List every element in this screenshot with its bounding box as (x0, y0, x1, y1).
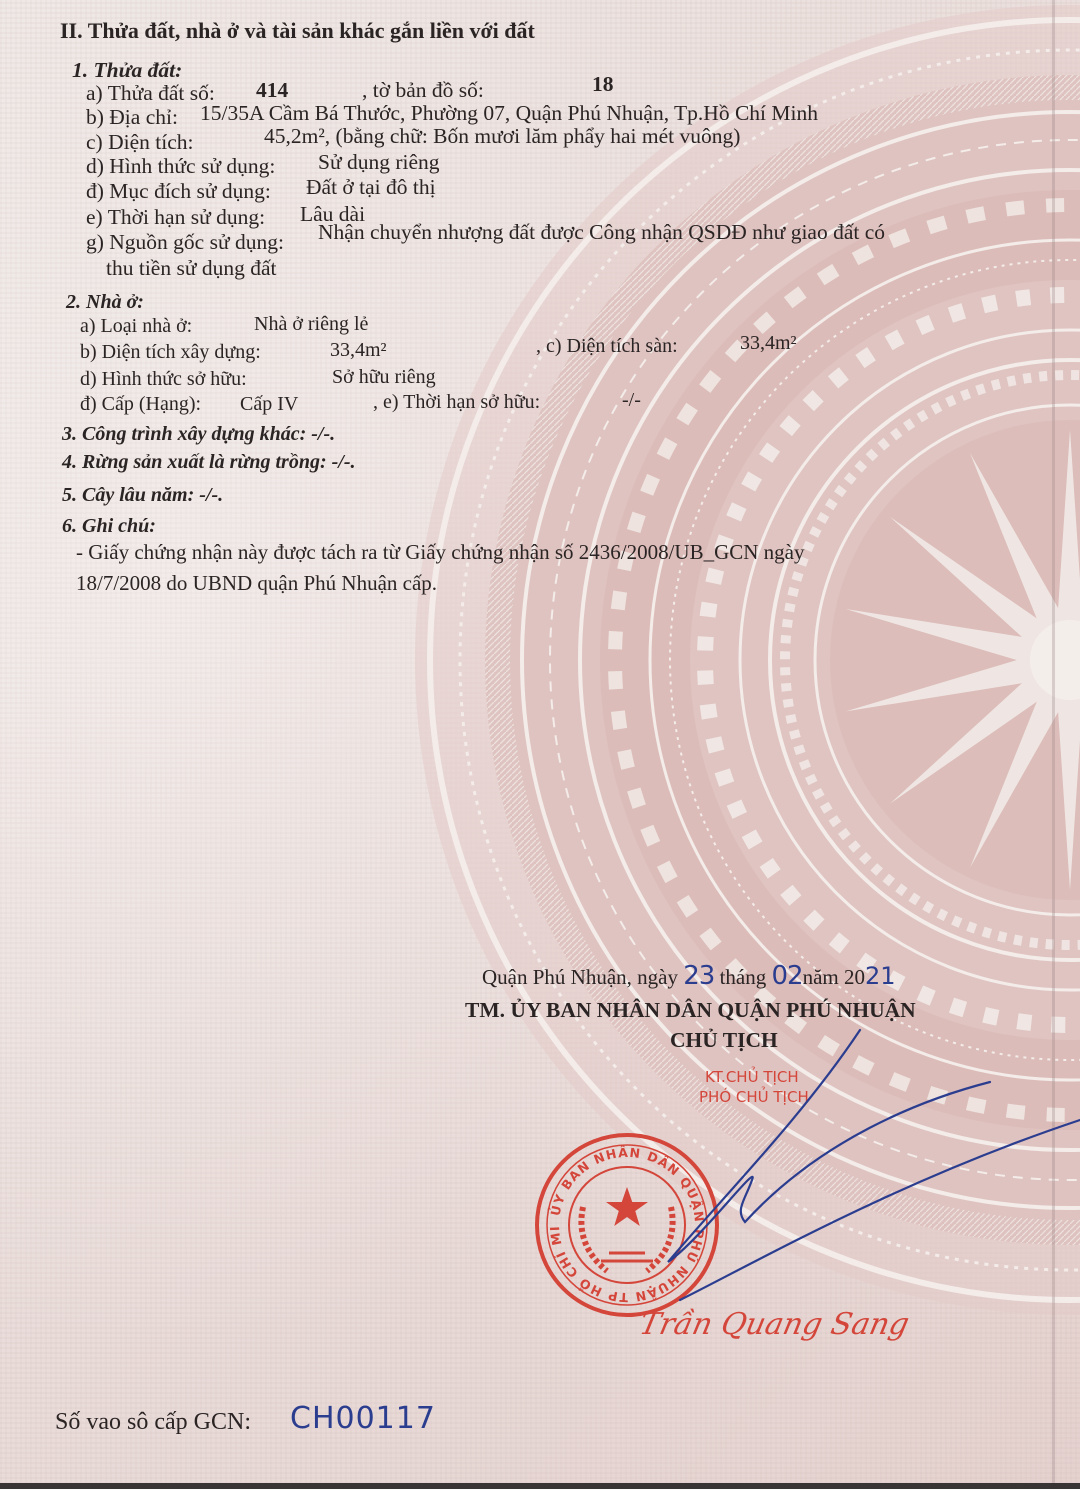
deputy-line2: PHÓ CHỦ TỊCH (699, 1088, 809, 1106)
place-date-prefix: Quận Phú Nhuận, ngày (482, 965, 678, 989)
registry-number: CH00117 (290, 1404, 436, 1434)
address-value: 15/35A Cầm Bá Thước, Phường 07, Quận Phú… (200, 103, 818, 125)
signer-title: CHỦ TỊCH (670, 1030, 778, 1052)
bronze-drum-watermark (330, 0, 1080, 1330)
production-forest: 4. Rừng sản xuất là rừng trồng: -/-. (62, 452, 355, 472)
parcel-number: 414 (256, 80, 288, 102)
ownership-term-value: -/- (622, 390, 641, 410)
area-value: 45,2m², (bằng chữ: Bốn mươi lăm phẩy hai… (264, 126, 740, 148)
year-label: năm 20 (803, 965, 865, 989)
month-label: tháng (720, 965, 767, 989)
section-title: II. Thửa đất, nhà ở và tài sản khác gắn … (60, 20, 535, 42)
origin-value-line1: Nhận chuyển nhượng đất được Công nhận QS… (318, 222, 885, 244)
signing-place-date: Quận Phú Nhuận, ngày 23 tháng 02năm 2021 (482, 963, 896, 989)
area-label: c) Diện tích: (86, 132, 193, 154)
purpose-label: đ) Mục đích sử dụng: (86, 181, 271, 203)
photo-bottom-edge (0, 1483, 1080, 1489)
purpose-value: Đất ở tại đô thị (306, 177, 436, 199)
built-area-label: b) Diện tích xây dựng: (80, 342, 261, 362)
paper-fold (1052, 0, 1055, 1489)
floor-area-value: 33,4m² (740, 333, 797, 353)
term-label: e) Thời hạn sử dụng: (86, 207, 265, 229)
use-form-label: d) Hình thức sử dụng: (86, 156, 275, 178)
grade-value: Cấp IV (240, 394, 298, 414)
signer-name: Trần Quang Sang (636, 1307, 912, 1342)
origin-label: g) Nguồn gốc sử dụng: (86, 232, 284, 254)
notes-line2: 18/7/2008 do UBND quận Phú Nhuận cấp. (76, 573, 437, 594)
house-type-value: Nhà ở riêng lẻ (254, 314, 368, 334)
house-heading: 2. Nhà ở: (66, 292, 144, 312)
land-heading: 1. Thửa đất: (72, 60, 182, 82)
issuing-authority: TM. ỦY BAN NHÂN DÂN QUẬN PHÚ NHUẬN (465, 1000, 916, 1022)
map-sheet-label: , tờ bản đồ số: (362, 80, 484, 102)
house-type-label: a) Loại nhà ở: (80, 316, 192, 336)
ownership-form-value: Sở hữu riêng (332, 367, 436, 387)
map-sheet-number: 18 (592, 74, 614, 96)
grade-label: đ) Cấp (Hạng): (80, 394, 201, 414)
deputy-line1: KT.CHỦ TỊCH (705, 1068, 799, 1086)
address-label: b) Địa chỉ: (86, 107, 178, 129)
perennial-trees: 5. Cây lâu năm: -/-. (62, 485, 223, 505)
ownership-form-label: d) Hình thức sở hữu: (80, 369, 247, 389)
registry-label: Số vao sô cấp GCN: (55, 1410, 251, 1434)
notes-heading: 6. Ghi chú: (62, 516, 156, 536)
parcel-label: a) Thửa đất số: (86, 83, 215, 105)
built-area-value: 33,4m² (330, 340, 387, 360)
signing-day: 23 (683, 961, 714, 991)
floor-area-label: , c) Diện tích sàn: (536, 336, 678, 356)
use-form-value: Sử dụng riêng (318, 152, 440, 174)
signing-year-suffix: 21 (865, 962, 896, 990)
notes-line1: - Giấy chứng nhận này được tách ra từ Gi… (76, 542, 805, 563)
signing-month: 02 (771, 961, 802, 991)
origin-value-line2: thu tiền sử dụng đất (106, 258, 277, 280)
other-works: 3. Công trình xây dựng khác: -/-. (62, 424, 335, 444)
ownership-term-label: , e) Thời hạn sở hữu: (373, 392, 540, 412)
